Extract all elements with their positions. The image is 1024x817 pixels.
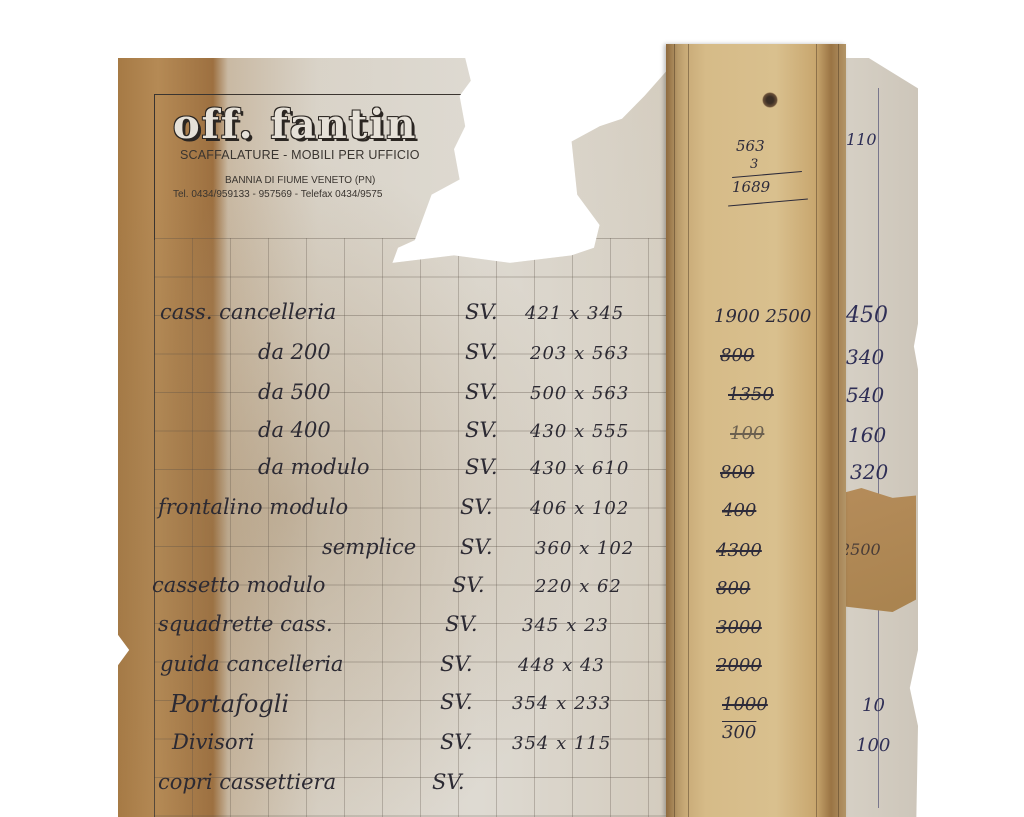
row-code: SV. xyxy=(460,535,493,559)
row-item: semplice xyxy=(322,535,416,559)
row-item: Portafogli xyxy=(170,690,289,718)
strip-qty: 100 xyxy=(730,423,764,444)
row-code: SV. xyxy=(440,652,473,676)
company-phone: Tel. 0434/959133 - 957569 - Telefax 0434… xyxy=(173,189,382,200)
row-dims: 354 x 115 xyxy=(512,733,611,754)
strip-qty: 1000 xyxy=(722,694,768,715)
scrap-value: 2500 xyxy=(840,540,881,559)
row-dims: 500 x 563 xyxy=(530,383,629,404)
scrap-value: 160 xyxy=(848,423,886,447)
row-dims: 345 x 23 xyxy=(522,615,609,636)
row-dims: 360 x 102 xyxy=(535,538,634,559)
strip-qty: 1350 xyxy=(728,384,774,405)
strip-qty: 3000 xyxy=(716,617,762,638)
strip-qty: 800 xyxy=(720,345,754,366)
row-dims: 354 x 233 xyxy=(512,693,611,714)
strip-qty: 2000 xyxy=(716,655,762,676)
row-item: da 400 xyxy=(258,418,331,442)
calc-result: 1689 xyxy=(732,178,770,196)
strip-qty: 400 xyxy=(722,500,756,521)
company-address: BANNIA DI FIUME VENETO (PN) xyxy=(225,175,375,186)
strip-qty: 800 xyxy=(720,462,754,483)
row-code: SV. xyxy=(465,455,498,479)
strip-edge xyxy=(838,44,839,817)
punch-hole xyxy=(762,92,778,108)
row-dims: 430 x 555 xyxy=(530,421,629,442)
scrap-value: 450 xyxy=(846,303,888,328)
calc-top: 563 xyxy=(736,137,765,155)
strip-qty: 4300 xyxy=(716,540,762,561)
scrap-value: 340 xyxy=(846,345,884,369)
row-code: SV. xyxy=(465,380,498,404)
strip-edge xyxy=(816,44,817,817)
strip-edge xyxy=(688,44,689,817)
row-code: SV. xyxy=(432,770,465,794)
scrap-value: 320 xyxy=(850,460,888,484)
scrap-value: 10 xyxy=(862,695,885,716)
row-code: SV. xyxy=(445,612,478,636)
row-dims: 448 x 43 xyxy=(518,655,605,676)
row-code: SV. xyxy=(440,690,473,714)
row-item: copri cassettiera xyxy=(158,770,336,794)
row-code: SV. xyxy=(465,340,498,364)
row-dims: 203 x 563 xyxy=(530,343,629,364)
strip-qty: 1900 2500 xyxy=(714,306,811,327)
row-dims: 421 x 345 xyxy=(525,303,624,324)
company-logo: off. fantin xyxy=(173,101,417,148)
row-code: SV. xyxy=(465,300,498,324)
row-dims: 220 x 62 xyxy=(535,576,622,597)
row-item: da 500 xyxy=(258,380,331,404)
row-item: Divisori xyxy=(172,730,254,754)
scrap-value: 110 xyxy=(846,130,877,149)
row-code: SV. xyxy=(465,418,498,442)
row-dims: 406 x 102 xyxy=(530,498,629,519)
strip-qty: 300 xyxy=(722,722,756,743)
strip-qty: 800 xyxy=(716,578,750,599)
row-code: SV. xyxy=(440,730,473,754)
calc-multiplier: 3 xyxy=(750,157,758,172)
row-code: SV. xyxy=(452,573,485,597)
row-code: SV. xyxy=(460,495,493,519)
company-tagline: SCAFFALATURE - MOBILI PER UFFICIO xyxy=(180,148,420,162)
row-item: cass. cancelleria xyxy=(160,300,336,324)
scrap-value: 540 xyxy=(846,383,884,407)
row-item: squadrette cass. xyxy=(158,612,333,636)
strip-edge xyxy=(674,44,675,817)
row-dims: 430 x 610 xyxy=(530,458,629,479)
row-item: da 200 xyxy=(258,340,331,364)
scrap-value: 100 xyxy=(856,735,890,756)
margin-rule xyxy=(154,94,155,817)
row-item: frontalino modulo xyxy=(158,495,348,519)
row-item: da modulo xyxy=(258,455,370,479)
row-item: cassetto modulo xyxy=(152,573,325,597)
row-item: guida cancelleria xyxy=(160,652,343,676)
